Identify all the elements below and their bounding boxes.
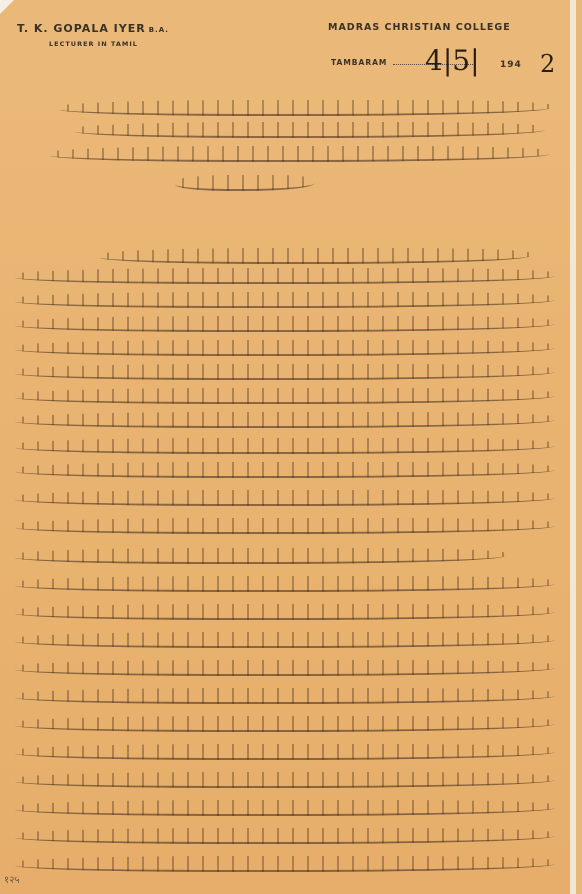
handwritten-line [15,340,555,356]
handwritten-line [15,462,555,478]
sender-name-text: T. K. GOPALA IYER [17,22,146,35]
handwritten-line [15,412,555,428]
printed-year: 194 [500,60,522,70]
handwritten-line [15,604,555,620]
sender-name: T. K. GOPALA IYERB.A. [17,22,169,35]
handwritten-year-digit: 2 [540,50,555,78]
handwritten-line [15,660,555,676]
handwritten-line [15,364,555,380]
page-edge [570,0,576,894]
handwritten-line [15,548,505,564]
handwritten-line [15,268,555,284]
handwritten-line [15,744,555,760]
handwritten-line [15,388,555,404]
sender-title: LECTURER IN TAMIL [49,40,138,48]
torn-corner [0,0,14,14]
handwritten-line [100,248,530,264]
handwritten-line [15,576,555,592]
handwritten-line [60,100,550,116]
handwritten-line [15,316,555,332]
sender-degree: B.A. [149,26,169,34]
handwritten-line [15,716,555,732]
place-label: TAMBARAM [331,58,387,67]
pencil-mark: १२५ [4,872,20,886]
handwritten-date: 4|5| [425,44,480,77]
handwritten-line [15,292,555,308]
handwritten-line [50,146,550,162]
handwritten-line [15,772,555,788]
institution-name: MADRAS CHRISTIAN COLLEGE [328,22,511,33]
handwritten-line [75,122,545,138]
handwritten-line [15,490,555,506]
letter-page: T. K. GOPALA IYERB.A. LECTURER IN TAMIL … [0,0,576,894]
handwritten-line [175,175,315,191]
handwritten-line [15,800,555,816]
handwritten-line [15,856,555,872]
handwritten-line [15,828,555,844]
handwritten-line [15,438,555,454]
handwritten-line [15,632,555,648]
handwritten-line [15,518,555,534]
handwritten-line [15,688,555,704]
